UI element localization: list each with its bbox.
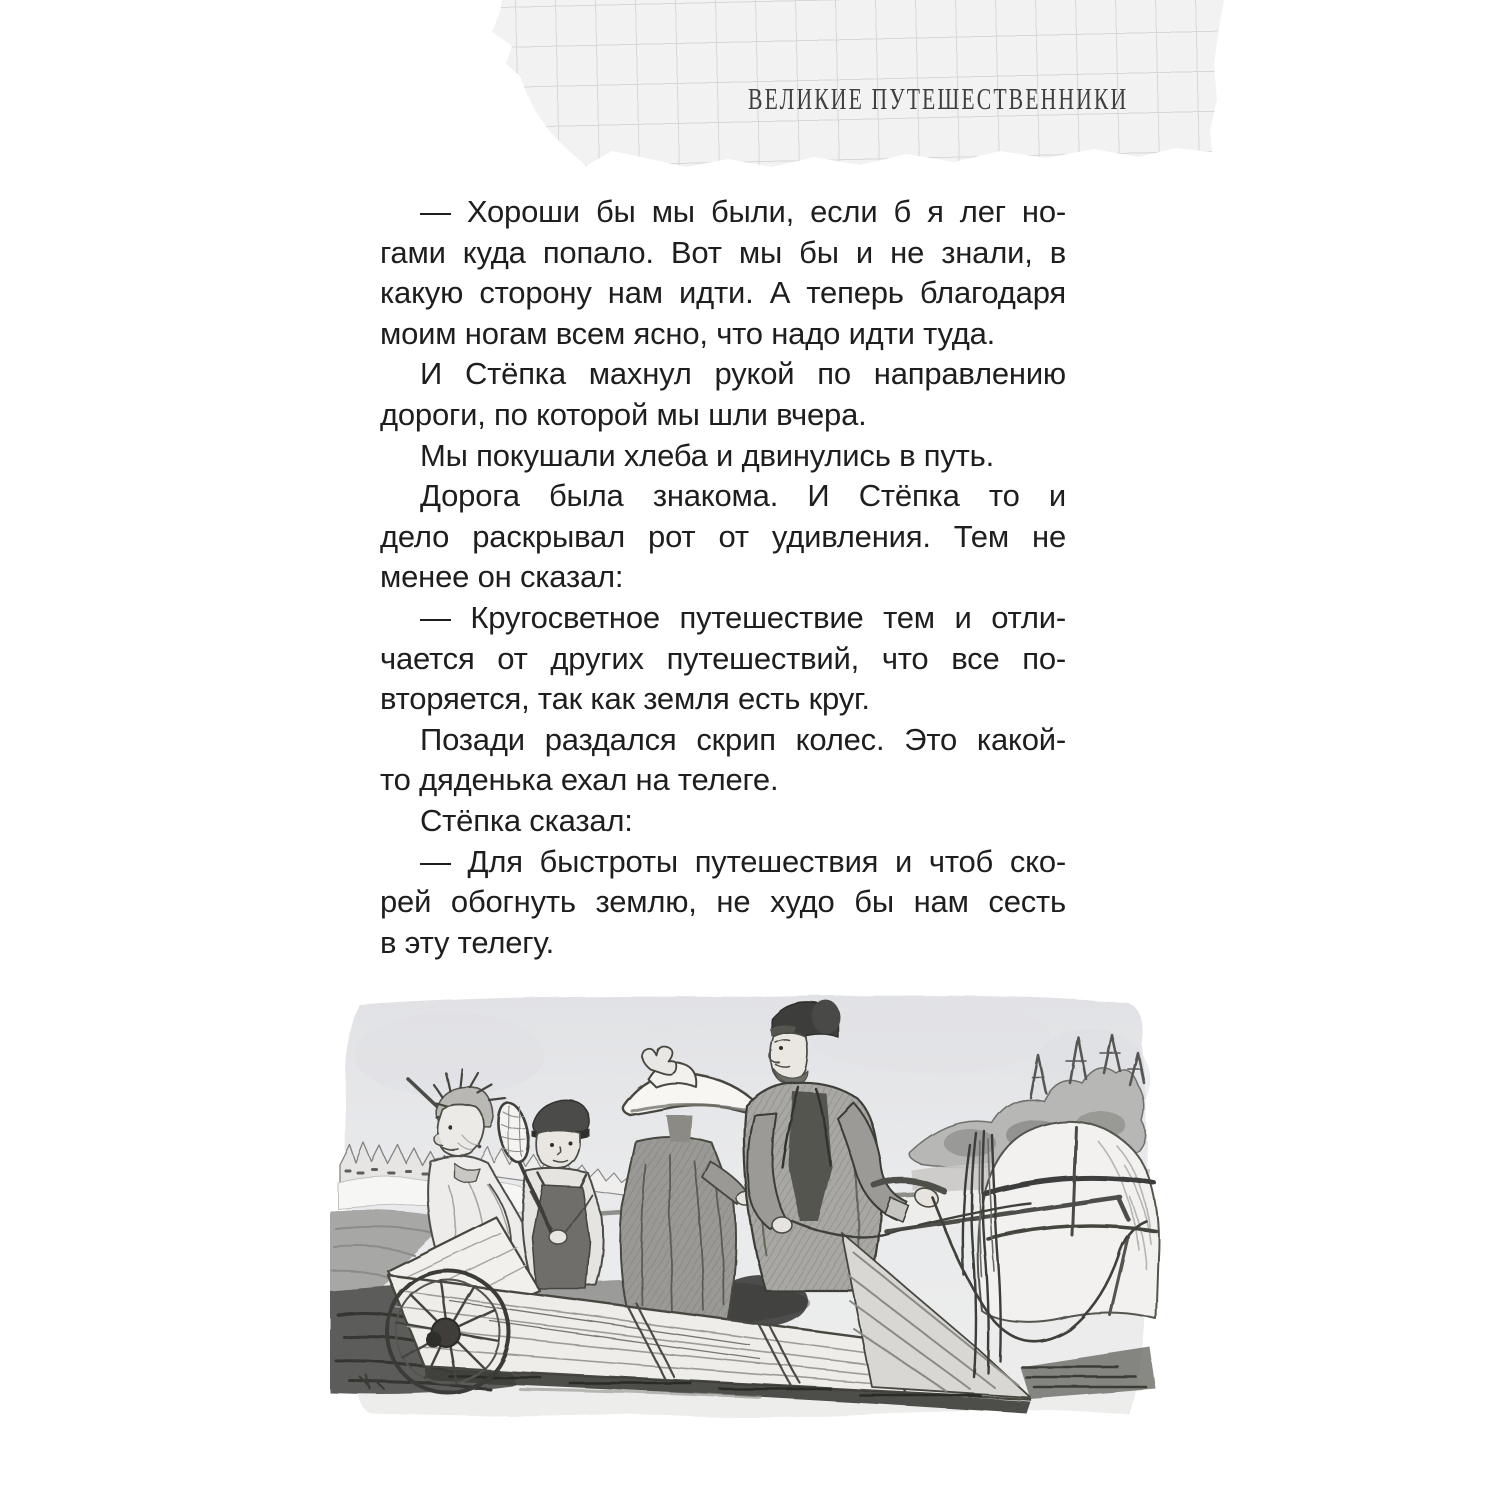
header-paper: ВЕЛИКИЕ ПУТЕШЕСТВЕННИКИ bbox=[478, 0, 1224, 172]
text-line: чается от других путешествий, что все по… bbox=[380, 639, 1066, 680]
text-line: Дорога была знакома. И Стёпка то и bbox=[380, 476, 1066, 517]
text-line: менее он сказал: bbox=[380, 557, 1066, 598]
text-line: дело раскрывал рот от удивления. Тем не bbox=[380, 517, 1066, 558]
text-line: гами куда попало. Вот мы бы и не знали, … bbox=[380, 233, 1066, 274]
text-line: Стёпка сказал: bbox=[380, 801, 1066, 842]
cart-illustration bbox=[330, 985, 1170, 1440]
text-line: Позади раздался скрип колес. Это какой- bbox=[380, 720, 1066, 761]
text-line: какую сторону нам идти. А теперь благода… bbox=[380, 273, 1066, 314]
text-line: в эту телегу. bbox=[380, 923, 1066, 964]
text-line: рей обогнуть землю, не худо бы нам сесть bbox=[380, 882, 1066, 923]
text-line: вторяется, так как земля есть круг. bbox=[380, 679, 1066, 720]
text-line: И Стёпка махнул рукой по направлению bbox=[380, 354, 1066, 395]
story-text: — Хороши бы мы были, если б я лег но-гам… bbox=[380, 192, 1066, 963]
page-title-text: ВЕЛИКИЕ ПУТЕШЕСТВЕННИКИ bbox=[748, 82, 1128, 116]
text-line: дороги, по которой мы шли вчера. bbox=[380, 395, 1066, 436]
text-line: моим ногам всем ясно, что надо идти туда… bbox=[380, 314, 1066, 355]
text-line: — Для быстроты путешествия и чтоб ско- bbox=[380, 842, 1066, 883]
page-title: ВЕЛИКИЕ ПУТЕШЕСТВЕННИКИ bbox=[748, 82, 1291, 116]
text-line: — Кругосветное путешествие тем и отли- bbox=[380, 598, 1066, 639]
book-page: ВЕЛИКИЕ ПУТЕШЕСТВЕННИКИ — Хороши бы мы б… bbox=[0, 0, 1500, 1500]
text-line: то дяденька ехал на телеге. bbox=[380, 760, 1066, 801]
text-line: — Хороши бы мы были, если б я лег но- bbox=[380, 192, 1066, 233]
text-line: Мы покушали хлеба и двинулись в путь. bbox=[380, 436, 1066, 477]
